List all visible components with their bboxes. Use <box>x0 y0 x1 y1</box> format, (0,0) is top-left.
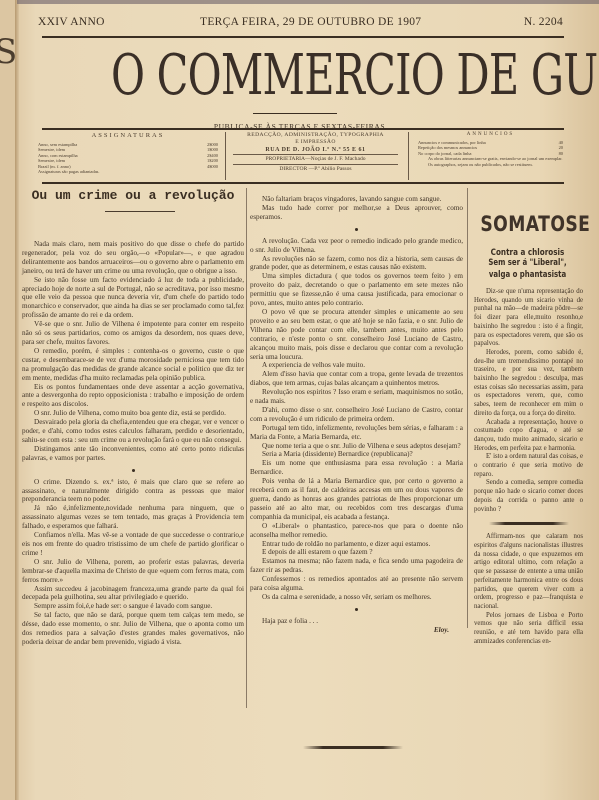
paragraph: Sendo a comedia, sempre comedia porque n… <box>474 479 583 514</box>
paragraph: O «Liberal» o phantastico, parece-nos qu… <box>250 522 463 540</box>
paragraph: Eis um nome que enthusiasma para essa re… <box>250 459 463 477</box>
paragraph: Affirmam-nos que calaram nos espiritos d… <box>474 533 583 611</box>
article-column-1: Nada mais claro, nem mais positivo do qu… <box>22 240 244 647</box>
paragraph: Estamos na mesma; não fazem nada, e fica… <box>250 557 463 575</box>
info-box-top-rule <box>42 128 564 130</box>
paragraph: Portugal tem tido, infelizmente, revoluç… <box>250 424 463 442</box>
previous-page-letter: S <box>0 32 15 72</box>
info-box-bottom-rule <box>42 182 564 184</box>
paragraph: O snr. Julio de Vilhena, porem, ao profe… <box>22 558 244 585</box>
masthead-underline <box>253 113 337 114</box>
article-column-2: Não faltariam braços vingadores, lavando… <box>250 195 463 635</box>
advertising-heading: ANNUNCIOS <box>418 132 563 138</box>
closing-line: Haja paz e folia . . . <box>250 617 463 626</box>
paragraph: Herodes, porem, como sabido é, deu-lhe u… <box>474 349 583 419</box>
paragraph: Pois venha de lá a Maria Bernardice que,… <box>250 477 463 522</box>
paragraph: Uma simples dictadura ( que todos os gov… <box>250 272 463 308</box>
section-bullet <box>132 469 135 472</box>
info-divider <box>408 132 409 180</box>
masthead: O COMMERCIO DE GUIMARÃES <box>44 44 559 108</box>
dateline-rule <box>42 36 564 38</box>
column-divider <box>467 188 468 628</box>
director: DIRECTOR —P.º Abilio Passos <box>233 164 398 174</box>
masthead-title: O COMMERCIO DE GUIMARÃES <box>111 44 492 108</box>
paragraph: Os da calma e serenidade, a nosso vêr, s… <box>250 593 463 602</box>
subscriptions-footer: Assignaturas são pagas adiantadas. <box>38 169 218 175</box>
column-divider <box>246 188 247 708</box>
paragraph: As revoluções não se fazem, como nos diz… <box>250 255 463 273</box>
paragraph: Já não é,infelizmente,novidade nenhuma p… <box>22 504 244 531</box>
paragraph: Que nome teria a que o snr. Julio de Vil… <box>250 442 463 451</box>
paragraph: A revolução. Cada vez peor o remedio ind… <box>250 237 463 255</box>
paragraph: Distingamos ante tão inconvenientes, com… <box>22 445 244 463</box>
paragraph: O crime. Dizendo s. ex.ª isto, é mais qu… <box>22 478 244 505</box>
signature: Eloy. <box>250 626 463 635</box>
paragraph: Se isto não fosse um facto evidenciado á… <box>22 276 244 321</box>
paragraph: Entrar tudo de roldão no parlamento, e d… <box>250 540 463 549</box>
ad-note: Os autographos, sejam ou não publicados,… <box>418 162 563 168</box>
issue-date: TERÇA FEIRA, 29 DE OUTUBRO DE 1907 <box>200 16 421 28</box>
paragraph: Seria a Maria (dissidente) Bernardice (r… <box>250 450 463 459</box>
sidebar-article-title: Sem ser á "Liberal", valga o phantasista <box>480 257 574 281</box>
section-bullet <box>355 228 358 231</box>
paragraph: Não faltariam braços vingadores, lavando… <box>250 195 463 204</box>
info-divider <box>225 132 226 180</box>
paragraph: O snr. Julio de Vilhena, como muito boa … <box>22 409 244 418</box>
paragraph: Assim succedeu á jacobinagem franceza,um… <box>22 585 244 603</box>
paragraph: Desvairado pela gloria da chefia,entende… <box>22 418 244 445</box>
paragraph: Vê-se que o snr. Julio de Vilhena é impo… <box>22 320 244 347</box>
somatose-ad-title: SOMATOSE <box>480 212 574 236</box>
volume: XXIV ANNO <box>38 16 105 28</box>
issue-number: N. 2204 <box>524 16 563 28</box>
subscriptions-heading: ASSIGNATURAS <box>38 132 218 139</box>
page-fold <box>15 0 19 800</box>
subscriptions-box: ASSIGNATURAS Anno, sem estampilha2$000 S… <box>38 132 218 175</box>
paragraph: Pelos jornaes de Lisboa e Porto vemos qu… <box>474 612 583 647</box>
previous-page-edge: S <box>0 0 15 800</box>
info-box: ASSIGNATURAS Anno, sem estampilha2$000 S… <box>38 132 563 182</box>
paragraph: E' isto a ordem natural das coisas, e o … <box>474 453 583 479</box>
paragraph: E depois de alli estarem o que fazem ? <box>250 548 463 557</box>
section-bullet <box>355 608 358 611</box>
paragraph: Mas tudo hade correr por melhor,se a Deu… <box>250 204 463 222</box>
paragraph: Confiamos n'ella. Mas vê-se a vontade de… <box>22 531 244 558</box>
paragraph: A experiencia de velhos vale muito. <box>250 361 463 370</box>
sidebar-column: Diz-se que n'uma representação do Herode… <box>474 288 583 646</box>
advertising-rates-box: ANNUNCIOS Annuncios e communicados, por … <box>418 132 563 168</box>
paragraph: Sempre assim foi,é,e hade ser: o sangue … <box>22 602 244 611</box>
newspaper-page: S XXIV ANNO TERÇA FEIRA, 29 DE OUTUBRO D… <box>0 0 599 800</box>
paragraph: Alem d'isso havia que contar com a tropa… <box>250 370 463 388</box>
paragraph: Diz-se que n'uma representação do Herode… <box>474 288 583 349</box>
editorial-office-box: REDACÇÃO, ADMINISTRAÇÃO, TYPOGRAPHIA E I… <box>233 132 398 174</box>
paragraph: Eis os pontos fundamentaes onde deve ass… <box>22 383 244 410</box>
paragraph: O remedio, porém, é simples : contenha-o… <box>22 347 244 383</box>
office-address: RUA DE D. JOÃO I.º N.º 55 E 61 <box>233 146 398 154</box>
paragraph: O povo vê que se procura attender simple… <box>250 308 463 361</box>
paragraph: Se tal facto, que não se dará, porque qu… <box>22 611 244 647</box>
paragraph: D'ahi, como disse o snr. conselheiro Jos… <box>250 406 463 424</box>
article-title: Ou um crime ou a revolução <box>22 188 244 203</box>
paragraph: Nada mais claro, nem mais positivo do qu… <box>22 240 244 276</box>
end-ornament <box>303 746 403 749</box>
paragraph: Revolução nos espiritos ? Isso eram e se… <box>250 388 463 406</box>
sidebar-ornament <box>489 522 569 525</box>
proprietor: PROPRIETARIA—Noçias de J. F. Machado <box>233 154 398 164</box>
title-divider <box>105 211 175 212</box>
binding-edge <box>17 0 599 4</box>
paragraph: Acabada a representação, houve o costuma… <box>474 419 583 454</box>
paragraph: Confessemos : os remedios apontados até … <box>250 575 463 593</box>
dateline: XXIV ANNO TERÇA FEIRA, 29 DE OUTUBRO DE … <box>38 16 563 30</box>
